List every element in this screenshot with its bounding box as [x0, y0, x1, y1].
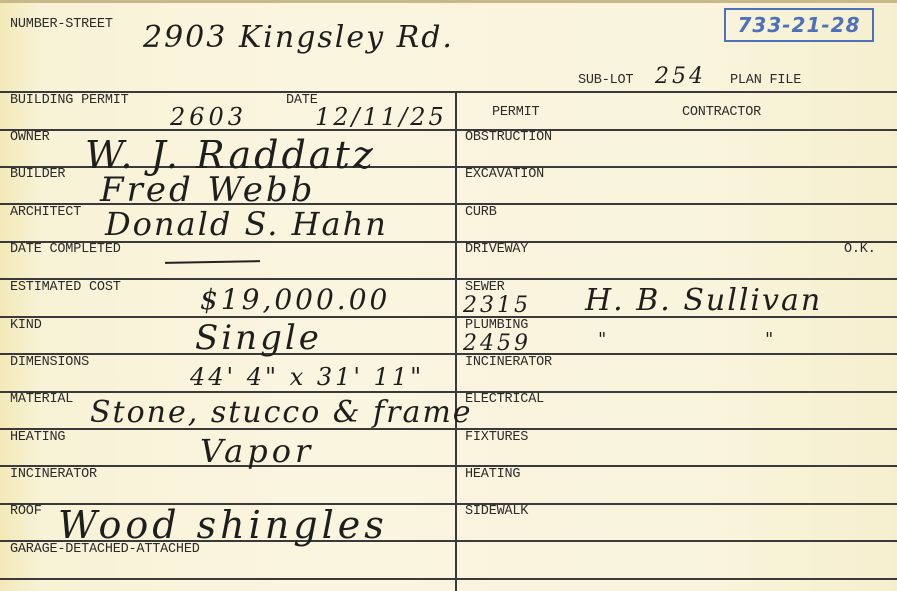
heating-label: HEATING [10, 431, 65, 445]
plan-file-label: PLAN FILE [730, 74, 801, 88]
electrical-label: ELECTRICAL [465, 393, 544, 407]
estimated-cost-value: $19,000.00 [200, 286, 390, 314]
dimensions-label: DIMENSIONS [10, 356, 89, 370]
kind-label: KIND [10, 319, 42, 333]
rule [0, 91, 897, 93]
permit-header: PERMIT [492, 106, 539, 120]
material-value: Stone, stucco & frame [90, 398, 473, 428]
garage-label: GARAGE-DETACHED-ATTACHED [10, 543, 200, 557]
plumbing-permit: 2459 [463, 333, 531, 355]
rule [0, 353, 897, 355]
number-street-label: NUMBER-STREET [10, 18, 113, 32]
building-permit-value: 2603 [170, 105, 247, 129]
sewer-permit: 2315 [463, 295, 531, 317]
sub-lot-value: 254 [655, 66, 706, 88]
driveway-note: O.K. [844, 243, 876, 257]
sewer-contractor: H. B. Sullivan [585, 286, 822, 316]
heating-permit-label: HEATING [465, 468, 520, 482]
plumbing-contractor-ditto: " [598, 331, 606, 349]
file-number-stamp: 733-21-28 [724, 8, 874, 42]
estimated-cost-label: ESTIMATED COST [10, 281, 121, 295]
rule [0, 391, 897, 393]
excavation-label: EXCAVATION [465, 168, 544, 182]
date-label: DATE [286, 94, 318, 108]
builder-label: BUILDER [10, 168, 65, 182]
contractor-header: CONTRACTOR [682, 106, 761, 120]
incinerator-label: INCINERATOR [10, 468, 97, 482]
sidewalk-label: SIDEWALK [465, 505, 528, 519]
date-completed-dash [165, 260, 260, 263]
date-value: 12/11/25 [315, 105, 447, 129]
building-permit-card: NUMBER-STREET 2903 Kingsley Rd. 733-21-2… [0, 0, 897, 591]
owner-label: OWNER [10, 131, 50, 145]
rule [0, 278, 897, 280]
curb-label: CURB [465, 206, 497, 220]
heating-value: Vapor [200, 435, 314, 467]
incinerator-permit-label: INCINERATOR [465, 356, 552, 370]
number-street-value: 2903 Kingsley Rd. [143, 23, 454, 53]
rule [0, 465, 897, 467]
owner-value: W. J. Raddatz [85, 136, 376, 174]
architect-value: Donald S. Hahn [105, 208, 388, 240]
date-completed-label: DATE COMPLETED [10, 243, 121, 257]
dimensions-value: 44' 4" x 31' 11" [190, 365, 424, 389]
rule [0, 129, 897, 131]
obstruction-label: OBSTRUCTION [465, 131, 552, 145]
driveway-label: DRIVEWAY [465, 243, 528, 257]
material-label: MATERIAL [10, 393, 73, 407]
architect-label: ARCHITECT [10, 206, 81, 220]
sub-lot-label: SUB-LOT [578, 74, 633, 88]
kind-value: Single [195, 321, 322, 355]
rule [0, 578, 897, 580]
plumbing-note-ditto: " [765, 331, 773, 349]
builder-value: Fred Webb [100, 173, 315, 207]
fixtures-label: FIXTURES [465, 431, 528, 445]
roof-label: ROOF [10, 505, 42, 519]
building-permit-label: BUILDING PERMIT [10, 94, 129, 108]
roof-value: Wood shingles [58, 506, 388, 544]
